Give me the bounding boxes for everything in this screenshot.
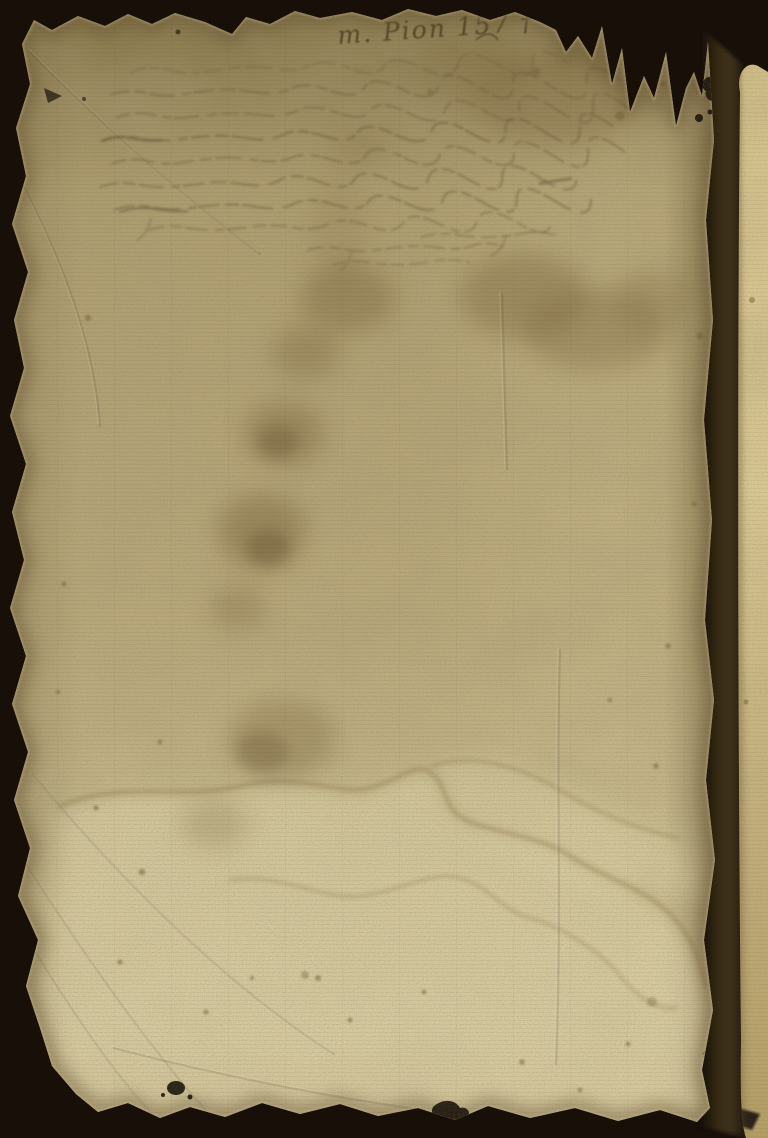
manuscript-page: m. Pion 157 † — [0, 0, 768, 1138]
paper-grain — [0, 0, 768, 1138]
manuscript-scan: m. Pion 157 † — [0, 0, 768, 1138]
manuscript-photo: m. Pion 157 † — [0, 0, 768, 1138]
